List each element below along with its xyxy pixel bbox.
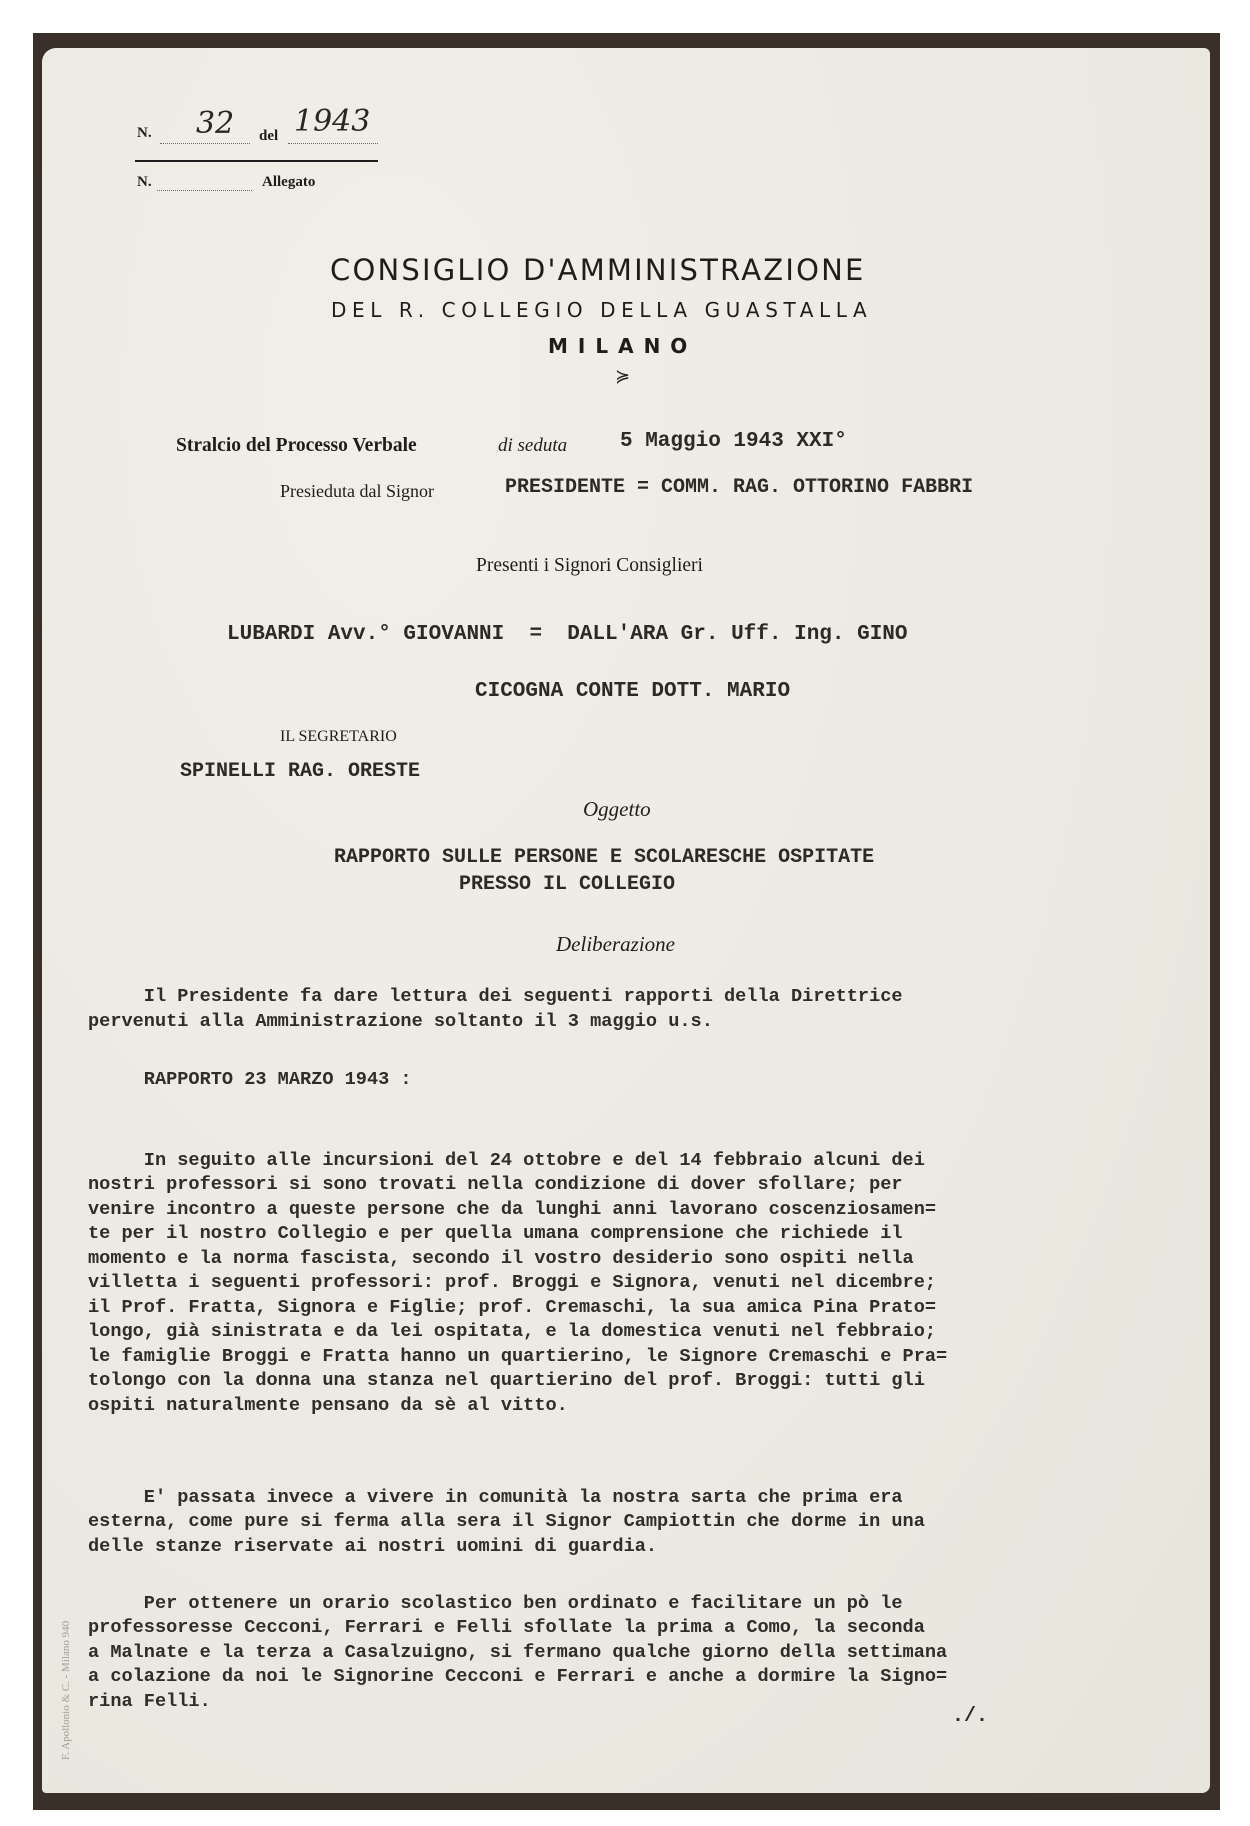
continuation-mark: ./. (952, 1705, 988, 1728)
present-label: Presenti i Signori Consiglieri (476, 555, 703, 577)
text-line: a colazione da noi le Signorine Cecconi … (88, 1665, 1168, 1690)
text-line: In seguito alle incursioni del 24 ottobr… (88, 1149, 1168, 1174)
text-line: il Prof. Fratta, Signora e Figlie; prof.… (88, 1296, 1168, 1321)
protocol-number: 32 (196, 106, 234, 141)
chaired-label: Presieduta dal Signor (280, 481, 434, 502)
text-line: E' passata invece a vivere in comunità l… (88, 1486, 1168, 1511)
text-line: tolongo con la donna una stanza nel quar… (88, 1369, 1168, 1394)
protocol-year: 1943 (294, 104, 370, 139)
text-line: le famiglie Broggi e Fratta hanno un qua… (88, 1345, 1168, 1370)
text-line: rina Felli. (88, 1690, 1168, 1715)
session-label: di seduta (498, 435, 567, 457)
text-line: Per ottenere un orario scolastico ben or… (88, 1592, 1168, 1617)
text-line: esterna, come pure si ferma alla sera il… (88, 1510, 1168, 1535)
year-dotline (288, 143, 378, 144)
report-paragraph-3: Per ottenere un orario scolastico ben or… (88, 1567, 1168, 1739)
extract-label: Stralcio del Processo Verbale (176, 435, 417, 457)
number-label: N. (137, 125, 152, 142)
text-line: te per il nostro Collegio e per quella u… (88, 1222, 1168, 1247)
text-line: ospiti naturalmente pensano da sè al vit… (88, 1394, 1168, 1419)
subject-line1: RAPPORTO SULLE PERSONE E SCOLARESCHE OSP… (334, 846, 874, 869)
councillors-line2: CICOGNA CONTE DOTT. MARIO (475, 680, 790, 703)
councillors-line1: LUBARDI Avv.° GIOVANNI = DALL'ARA Gr. Uf… (227, 623, 908, 646)
subject-label: Oggetto (583, 797, 651, 822)
chairman: PRESIDENTE = COMM. RAG. OTTORINO FABBRI (505, 476, 973, 499)
attachment-dotline (157, 190, 252, 191)
number-dotline (160, 143, 250, 144)
intro-line: Il Presidente fa dare lettura dei seguen… (88, 985, 1168, 1010)
deliberation-label: Deliberazione (556, 932, 675, 957)
letterhead-subtitle: DEL R. COLLEGIO DELLA GUASTALLA (331, 298, 872, 322)
text-line: nostri professori si sono trovati nella … (88, 1173, 1168, 1198)
text-line: a Malnate e la terza a Casalzuigno, si f… (88, 1641, 1168, 1666)
report-heading: RAPPORTO 23 MARZO 1943 : (88, 1068, 1168, 1093)
text-line: momento e la norma fascista, secondo il … (88, 1247, 1168, 1272)
report-paragraph-1: In seguito alle incursioni del 24 ottobr… (88, 1124, 1168, 1443)
text-line: professoresse Cecconi, Ferrari e Felli s… (88, 1616, 1168, 1641)
text-line: villetta i seguenti professori: prof. Br… (88, 1271, 1168, 1296)
letterhead-city: MILANO (548, 334, 697, 358)
text-line: delle stanze riservate ai nostri uomini … (88, 1535, 1168, 1560)
intro-paragraph: Il Presidente fa dare lettura dei seguen… (88, 985, 1168, 1034)
header-rule (135, 160, 378, 162)
text-line: longo, già sinistrata e da lei ospitata,… (88, 1320, 1168, 1345)
attachment-number-label: N. (137, 174, 152, 191)
printer-imprint: F. Apollonio & C. - Milano 940 (60, 1621, 72, 1760)
ornament-icon: ≽ (615, 366, 630, 387)
report-paragraph-2: E' passata invece a vivere in comunità l… (88, 1461, 1168, 1584)
secretary-label: IL SEGRETARIO (280, 728, 397, 746)
intro-line: pervenuti alla Amministrazione soltanto … (88, 1010, 1168, 1035)
del-label: del (259, 128, 278, 145)
secretary-name: SPINELLI RAG. ORESTE (180, 760, 420, 783)
text-line: venire incontro a queste persone che da … (88, 1198, 1168, 1223)
letterhead-title: CONSIGLIO D'AMMINISTRAZIONE (330, 253, 866, 287)
subject-line2: PRESSO IL COLLEGIO (459, 873, 675, 896)
session-date: 5 Maggio 1943 XXI° (620, 430, 847, 453)
attachment-label: Allegato (262, 174, 315, 191)
